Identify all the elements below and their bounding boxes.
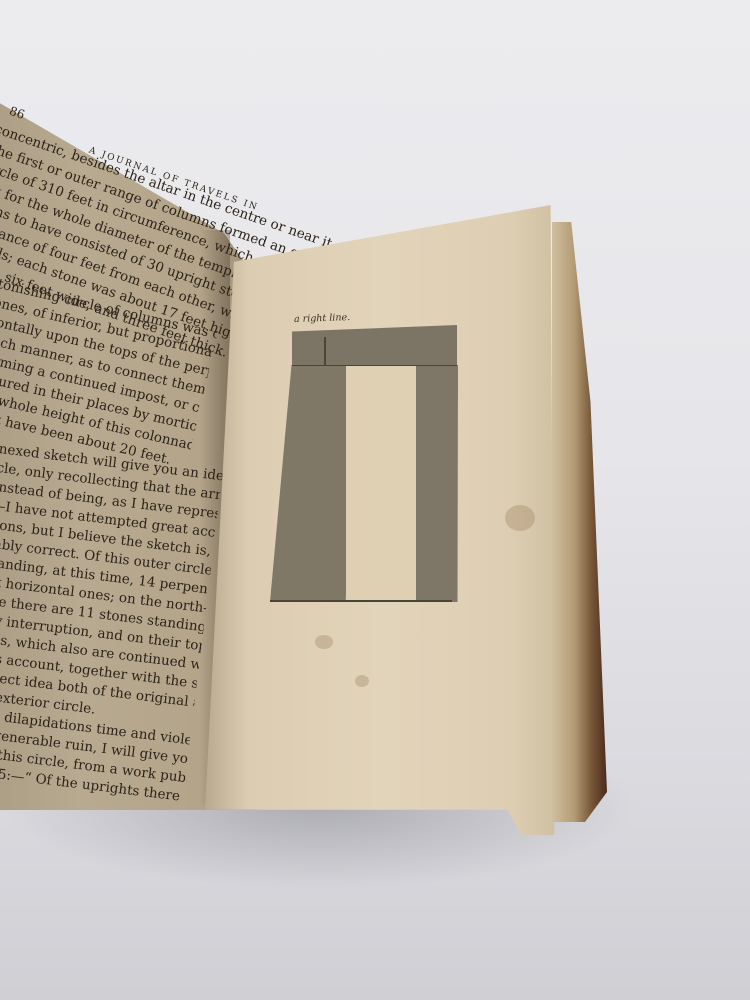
foxing-stain xyxy=(315,635,333,649)
ground-line xyxy=(270,600,452,602)
lintel-joint-line xyxy=(324,337,326,365)
left-upright-stone xyxy=(270,365,356,602)
foxing-stain xyxy=(355,675,369,687)
gap-between-stones xyxy=(346,365,416,602)
foxing-stain xyxy=(505,505,535,531)
lintel-stone xyxy=(292,325,457,366)
illustration-caption: a right line. xyxy=(294,312,350,325)
worn-fore-edge xyxy=(552,222,607,822)
trilithon-engraving xyxy=(270,325,458,602)
